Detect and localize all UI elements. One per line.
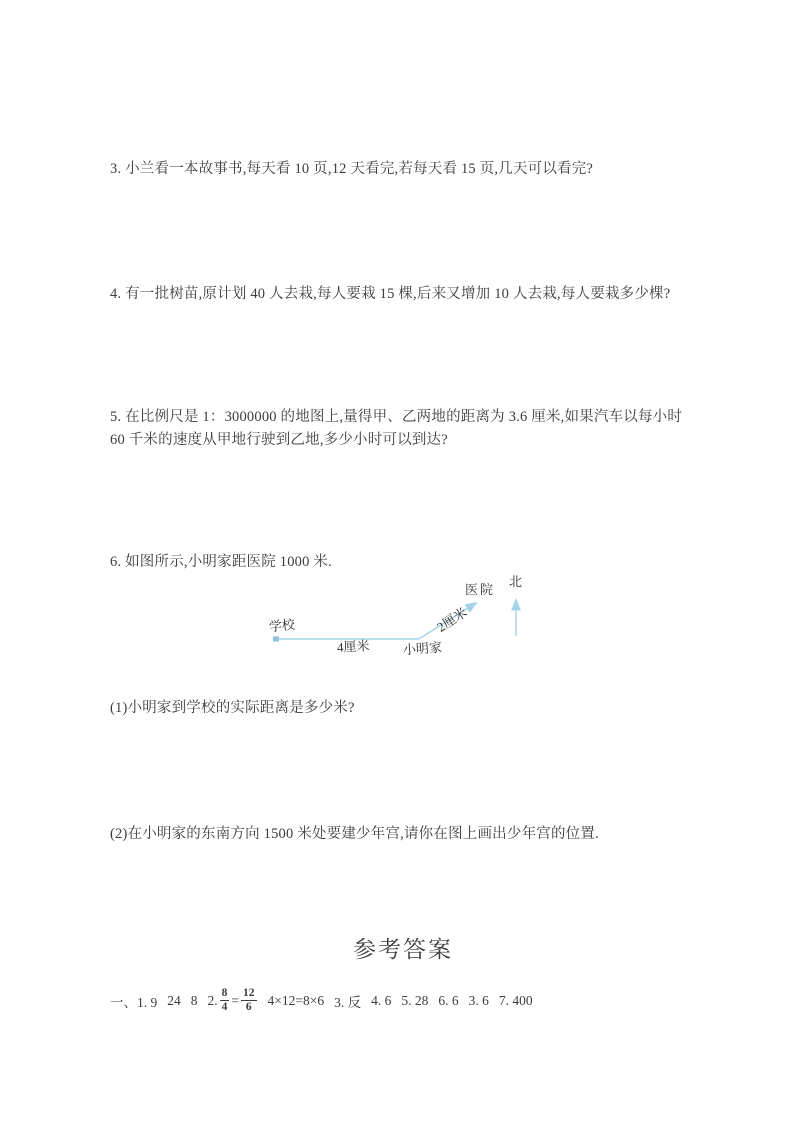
question-5-line1: 5. 在比例尺是 1：3000000 的地图上,量得甲、乙两地的距离为 3.6 …: [110, 406, 682, 429]
fraction-numerator: 8: [220, 987, 230, 1001]
answer-line: 一、1. 9 24 8 2. 8 4 = 12 6 4×12=8×6 3. 反 …: [110, 987, 533, 1014]
answer-segment: 6. 6: [438, 993, 458, 1009]
answers-heading: 参考答案: [0, 931, 793, 964]
answer-segment: 4. 6: [371, 993, 391, 1009]
answer-segment: 7. 400: [499, 993, 533, 1009]
fraction: 8 4: [220, 987, 230, 1014]
home-label: 小明家: [403, 641, 443, 658]
school-label: 学校: [268, 618, 295, 635]
answer-proportion: 2. 8 4 = 12 6: [208, 987, 258, 1014]
answer-segment: 3. 反: [334, 991, 361, 1011]
fraction-denominator: 6: [244, 1001, 254, 1014]
answer-segment: 3. 6: [469, 993, 489, 1009]
map-diagram: 学校 4厘米 小明家 2厘米 医院 北: [258, 570, 558, 670]
worksheet-page: 3. 小兰看一本故事书,每天看 10 页,12 天看完,若每天看 15 页,几天…: [0, 0, 793, 1122]
answer-segment: 2.: [208, 993, 218, 1009]
question-6-sub1: (1)小明家到学校的实际距离是多少米?: [110, 697, 355, 720]
fraction: 12 6: [241, 987, 257, 1014]
north-label: 北: [509, 575, 522, 589]
answer-segment: 一、1. 9: [110, 991, 157, 1011]
question-6-sub2: (2)在小明家的东南方向 1500 米处要建少年宫,请你在图上画出少年宫的位置.: [110, 823, 599, 846]
answer-segment: 4×12=8×6: [268, 993, 325, 1009]
fraction-numerator: 12: [241, 987, 257, 1001]
answer-segment: 5. 28: [401, 993, 428, 1009]
question-5-line2: 60 千米的速度从甲地行驶到乙地,多少小时可以到达?: [110, 429, 682, 452]
question-4: 4. 有一批树苗,原计划 40 人去栽,每人要栽 15 棵,后来又增加 10 人…: [110, 283, 670, 306]
answer-segment: 8: [191, 993, 198, 1009]
segment1-length-label: 4厘米: [337, 639, 370, 655]
fraction-denominator: 4: [220, 1001, 230, 1014]
equals-sign: =: [231, 993, 239, 1009]
question-3: 3. 小兰看一本故事书,每天看 10 页,12 天看完,若每天看 15 页,几天…: [110, 158, 593, 181]
question-5: 5. 在比例尺是 1：3000000 的地图上,量得甲、乙两地的距离为 3.6 …: [110, 406, 682, 452]
hospital-label: 医院: [465, 583, 495, 597]
answer-segment: 24: [167, 993, 181, 1009]
